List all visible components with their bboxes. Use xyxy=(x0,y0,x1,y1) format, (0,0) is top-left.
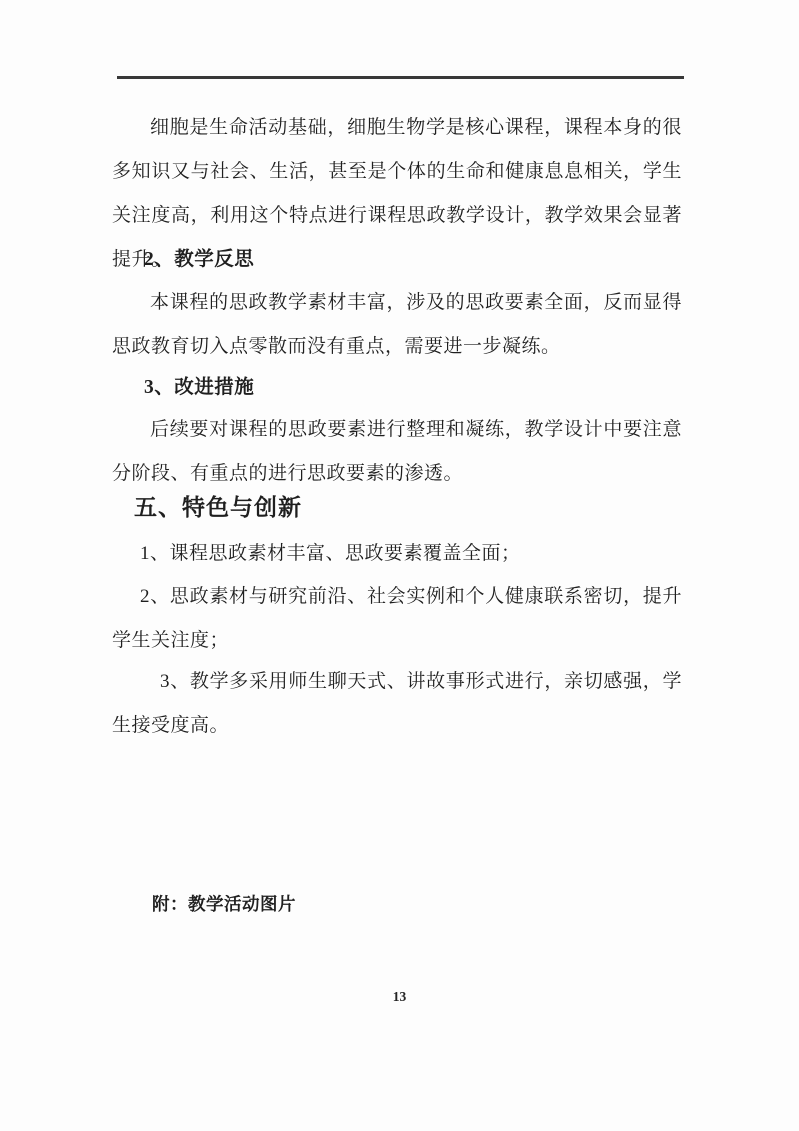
header-rule xyxy=(117,76,684,79)
heading-teaching-reflection: 2、教学反思 xyxy=(144,238,714,282)
feature-item: 3、教学多采用师生聊天式、讲故事形式进行，亲切感强，学生接受度高。 xyxy=(112,660,682,748)
feature-item: 1、课程思政素材丰富、思政要素覆盖全面； xyxy=(112,532,682,576)
document-page: 细胞是生命活动基础，细胞生物学是核心课程，课程本身的很多知识又与社会、生活，甚至… xyxy=(0,0,799,1131)
paragraph-improvement-measures: 后续要对课程的思政要素进行整理和凝练，教学设计中要注意分阶段、有重点的进行思政要… xyxy=(112,408,682,496)
heading-improvement-measures: 3、改进措施 xyxy=(144,366,714,410)
paragraph-teaching-reflection: 本课程的思政教学素材丰富，涉及的思政要素全面，反而显得思政教育切入点零散而没有重… xyxy=(112,281,682,369)
section-heading-features-innovation: 五、特色与创新 xyxy=(134,485,704,529)
feature-item: 2、思政素材与研究前沿、社会实例和个人健康联系密切，提升学生关注度； xyxy=(112,575,682,663)
page-number: 13 xyxy=(0,989,799,1005)
annex-label: 附：教学活动图片 xyxy=(152,893,296,915)
